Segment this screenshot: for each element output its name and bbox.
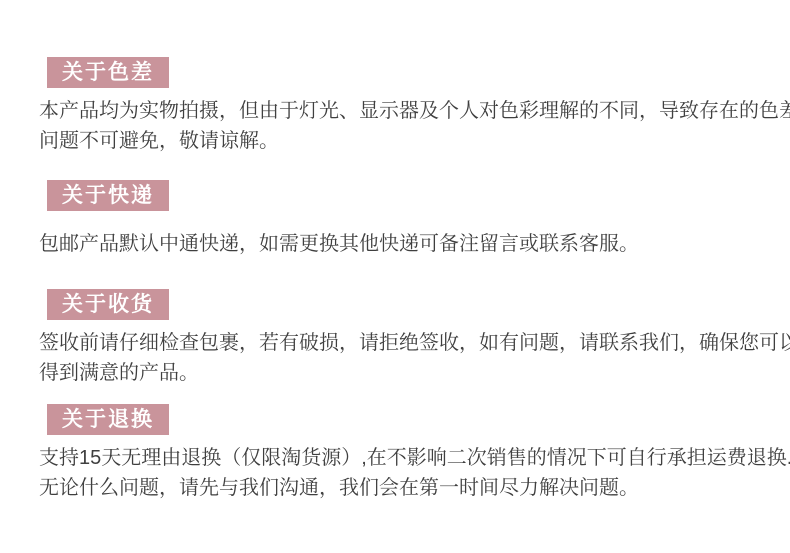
section-color-difference: 关于色差 本产品均为实物拍摄，但由于灯光、显示器及个人对色彩理解的不同，导致存在… xyxy=(39,57,770,156)
paragraph-line: 签收前请仔细检查包裹，若有破损，请拒绝签收，如有问题，请联系我们，确保您可以 xyxy=(39,328,770,358)
section-title-badge-returns: 关于退换 xyxy=(47,404,169,435)
section-paragraph-color-difference: 本产品均为实物拍摄，但由于灯光、显示器及个人对色彩理解的不同，导致存在的色差 问… xyxy=(39,96,770,156)
paragraph-line: 包邮产品默认中通快递，如需更换其他快递可备注留言或联系客服。 xyxy=(39,229,770,259)
section-title-badge-shipping: 关于快递 xyxy=(47,180,169,211)
section-returns: 关于退换 支持15天无理由退换（仅限淘货源）,在不影响二次销售的情况下可自行承担… xyxy=(39,404,770,503)
paragraph-line: 无论什么问题，请先与我们沟通，我们会在第一时间尽力解决问题。 xyxy=(39,473,770,503)
section-paragraph-receiving: 签收前请仔细检查包裹，若有破损，请拒绝签收，如有问题，请联系我们，确保您可以 得… xyxy=(39,328,770,388)
section-title-badge-receiving: 关于收货 xyxy=(47,289,169,320)
section-paragraph-shipping: 包邮产品默认中通快递，如需更换其他快递可备注留言或联系客服。 xyxy=(39,229,770,259)
paragraph-line: 问题不可避免，敬请谅解。 xyxy=(39,126,770,156)
product-policy-page: 关于色差 本产品均为实物拍摄，但由于灯光、显示器及个人对色彩理解的不同，导致存在… xyxy=(0,0,790,553)
paragraph-line: 得到满意的产品。 xyxy=(39,358,770,388)
paragraph-line: 支持15天无理由退换（仅限淘货源）,在不影响二次销售的情况下可自行承担运费退换. xyxy=(39,443,770,473)
section-shipping: 关于快递 包邮产品默认中通快递，如需更换其他快递可备注留言或联系客服。 xyxy=(39,180,770,259)
section-paragraph-returns: 支持15天无理由退换（仅限淘货源）,在不影响二次销售的情况下可自行承担运费退换.… xyxy=(39,443,770,503)
section-title-badge-color-difference: 关于色差 xyxy=(47,57,169,88)
section-receiving: 关于收货 签收前请仔细检查包裹，若有破损，请拒绝签收，如有问题，请联系我们，确保… xyxy=(39,289,770,388)
paragraph-line: 本产品均为实物拍摄，但由于灯光、显示器及个人对色彩理解的不同，导致存在的色差 xyxy=(39,96,770,126)
